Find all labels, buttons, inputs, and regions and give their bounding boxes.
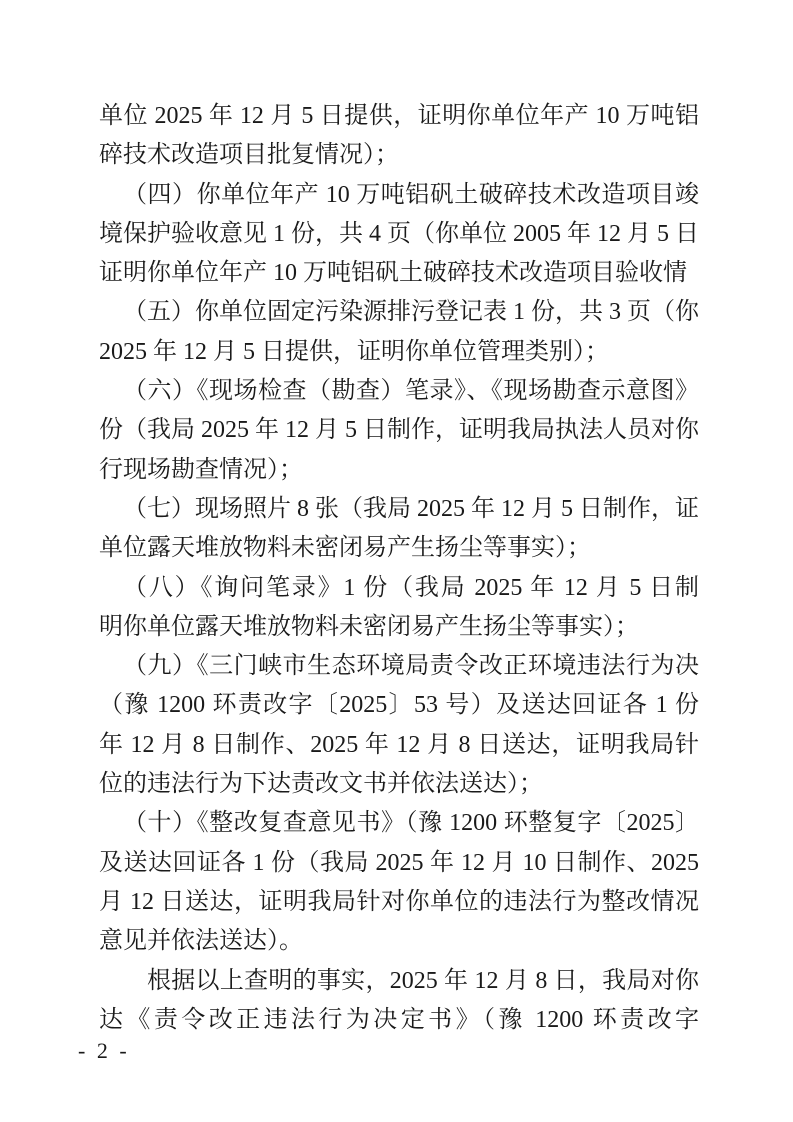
text-line: 份（我局 2025 年 12 月 5 日制作，证明我局执法人员对你单位进: [99, 411, 699, 450]
text-line: 单位露天堆放物料未密闭易产生扬尘等事实）；: [99, 529, 699, 568]
text-line: 境保护验收意见 1 份，共 4 页（你单位 2005 年 12 月 5 日提供，: [99, 215, 699, 254]
text-line: 明你单位露天堆放物料未密闭易产生扬尘等事实）；: [99, 608, 699, 647]
text-line: 2025 年 12 月 5 日提供，证明你单位管理类别）；: [99, 333, 699, 372]
text-line: （五）你单位固定污染源排污登记表 1 份，共 3 页（你单位: [99, 293, 699, 332]
text-line: 年 12 月 8 日制作、2025 年 12 月 8 日送达，证明我局针对你单: [99, 726, 699, 765]
text-line: （六）《现场检查（勘查）笔录》、《现场勘查示意图》各 1: [99, 372, 699, 411]
text-line: 证明你单位年产 10 万吨铝矾土破碎技术改造项目验收情况）；: [99, 254, 699, 293]
text-line: （豫 1200 环责改字〔2025〕53 号）及送达回证各 1 份（我局 202…: [99, 686, 699, 725]
text-line: 意见并依法送达）。: [99, 922, 699, 961]
page-number: - 2 -: [78, 1038, 130, 1064]
text-line: 行现场勘查情况）；: [99, 451, 699, 490]
text-line: （四）你单位年产 10 万吨铝矾土破碎技术改造项目竣工环: [99, 176, 699, 215]
text-line: （七）现场照片 8 张（我局 2025 年 12 月 5 日制作，证明你: [99, 490, 699, 529]
document-page: 单位 2025 年 12 月 5 日提供，证明你单位年产 10 万吨铝矾土破碎技…: [0, 0, 793, 1122]
text-line: 及送达回证各 1 份（我局 2025 年 12 月 10 日制作、2025 年 …: [99, 844, 699, 883]
text-line: 根据以上查明的事实，2025 年 12 月 8 日，我局对你单位送: [99, 962, 699, 1001]
text-line: （八）《询问笔录》1 份（我局 2025 年 12 月 5 日制作，证: [99, 569, 699, 608]
text-line: 单位 2025 年 12 月 5 日提供，证明你单位年产 10 万吨铝矾土破: [99, 97, 699, 136]
text-line: （九）《三门峡市生态环境局责令改正环境违法行为决定书》: [99, 647, 699, 686]
text-line: （十）《整改复查意见书》（豫 1200 环整复字〔2025〕41 号）: [99, 804, 699, 843]
text-line: 碎技术改造项目批复情况）；: [99, 136, 699, 175]
document-body: 单位 2025 年 12 月 5 日提供，证明你单位年产 10 万吨铝矾土破碎技…: [99, 97, 699, 1040]
text-line: 月 12 日送达，证明我局针对你单位的违法行为整改情况的复查: [99, 883, 699, 922]
text-line: 达《责令改正违法行为决定书》（豫 1200 环责改字 〔2025〕 53: [99, 1001, 699, 1040]
text-line: 位的违法行为下达责改文书并依法送达）；: [99, 765, 699, 804]
